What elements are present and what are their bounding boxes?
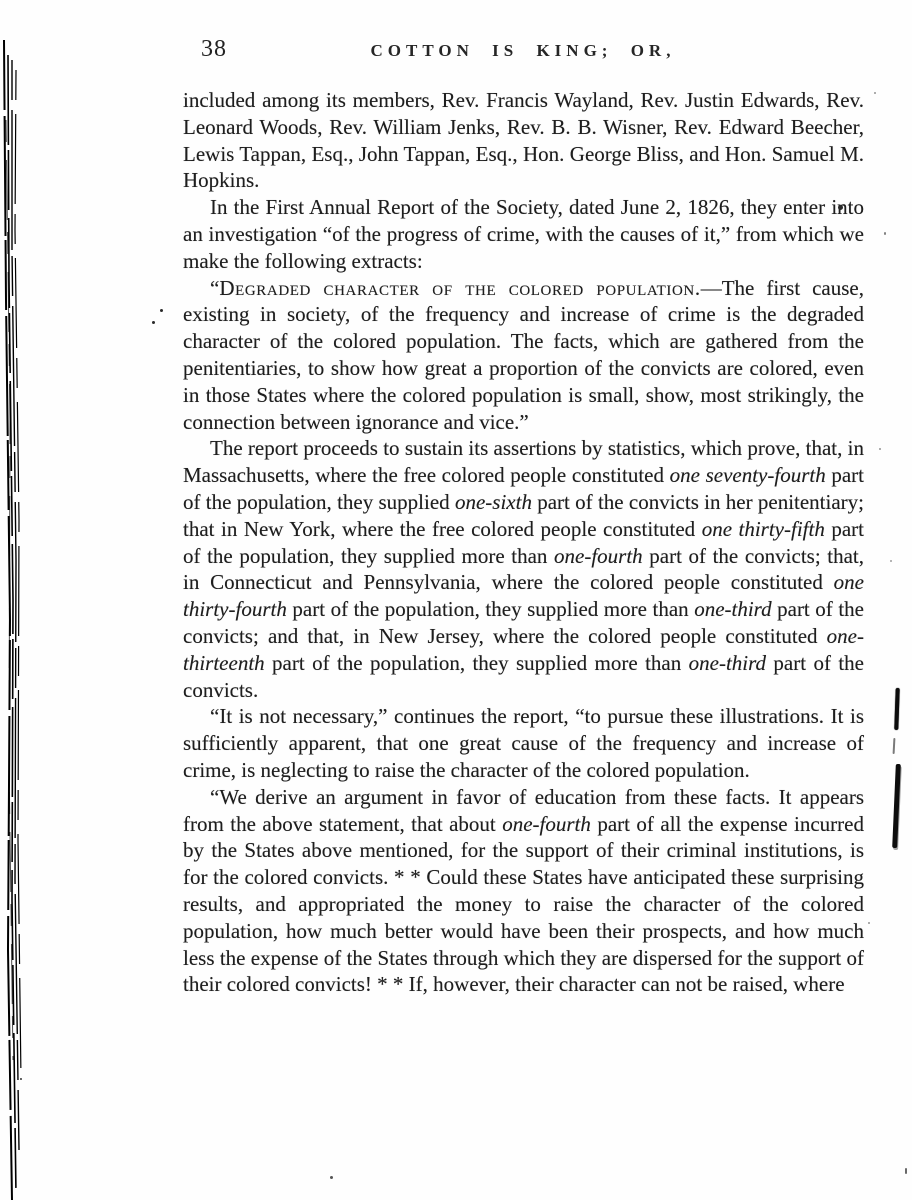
text-segment: one-third [694, 597, 771, 621]
scan-stroke-right-mid [893, 738, 896, 754]
text-segment: In the First Annual Report of the Societ… [183, 195, 864, 273]
scan-speck [884, 232, 886, 235]
scan-speck [152, 321, 155, 324]
scan-speck [890, 560, 892, 562]
text-segment: Degraded character of the colored popula… [219, 276, 700, 300]
text-segment: one-third [689, 651, 766, 675]
text-segment: part of the population, they supplied mo… [287, 597, 694, 621]
scan-speck [160, 309, 163, 312]
text-segment: part of the population, they supplied mo… [265, 651, 689, 675]
paragraph: “We derive an argument in favor of educa… [183, 784, 864, 998]
scan-speck [330, 1176, 333, 1179]
scan-speck [905, 1168, 907, 1174]
book-page: 38 COTTON IS KING; OR, included among it… [0, 0, 912, 1200]
paragraph: “Degraded character of the colored popul… [183, 275, 864, 436]
text-segment: one-fourth [554, 544, 643, 568]
scan-speck [879, 448, 881, 450]
text-segment: one-sixth [455, 490, 532, 514]
scan-stroke-right-upper [894, 688, 899, 730]
scan-speck [874, 92, 876, 94]
text-segment: one thirty-fifth [702, 517, 825, 541]
text-body: included among its members, Rev. Francis… [183, 87, 864, 998]
paragraph: included among its members, Rev. Francis… [183, 87, 864, 194]
text-segment: part of all the expense incurred by the … [183, 812, 864, 997]
scan-speck [868, 922, 870, 924]
text-segment: one seventy-fourth [670, 463, 826, 487]
paragraph: The report proceeds to sustain its asser… [183, 435, 864, 703]
text-segment: “It is not necessary,” continues the rep… [183, 704, 864, 782]
scan-binding-lines [0, 0, 26, 1200]
paragraph: In the First Annual Report of the Societ… [183, 194, 864, 274]
text-segment: included among its members, Rev. Francis… [183, 88, 864, 192]
paragraph: “It is not necessary,” continues the rep… [183, 703, 864, 783]
text-segment: “ [210, 276, 219, 300]
text-segment: one-fourth [502, 812, 591, 836]
running-head: COTTON IS KING; OR, [183, 41, 863, 61]
scan-stroke-right-lower [892, 764, 901, 848]
